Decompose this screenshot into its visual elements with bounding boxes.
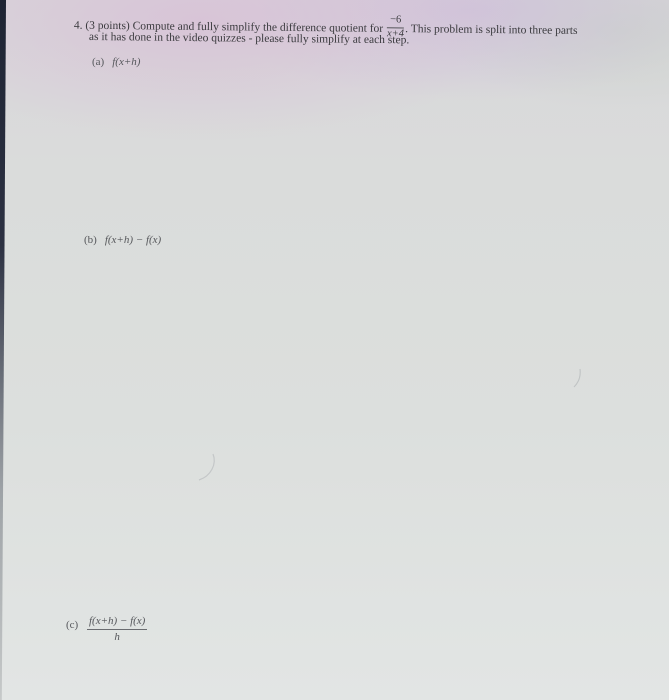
part-a-expression: f(x+h) [112,56,140,68]
part-a-label: (a) [92,56,104,68]
worksheet-page [0,0,669,700]
difference-quotient-fraction: f(x+h) − f(x) h [87,616,147,643]
problem-text-continued: . This problem is split into three parts [405,23,577,37]
part-b: (b)f(x+h) − f(x) [84,234,161,246]
part-c-label: (c) [66,619,78,631]
difference-quotient-denominator: h [87,630,147,643]
part-b-label: (b) [84,234,97,246]
difference-quotient-numerator: f(x+h) − f(x) [87,616,147,630]
part-a: (a)f(x+h) [92,56,140,68]
problem-number: 4. [74,20,83,32]
part-c: (c) f(x+h) − f(x) h [66,612,148,639]
part-b-expression: f(x+h) − f(x) [105,234,161,246]
fraction-numerator: −6 [387,15,404,28]
